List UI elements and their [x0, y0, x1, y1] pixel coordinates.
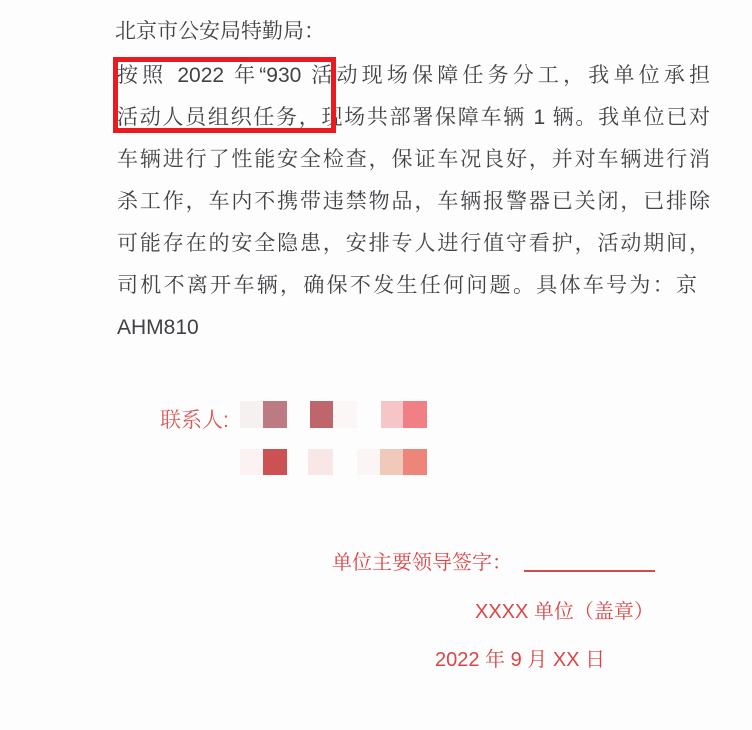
redaction-block	[333, 401, 357, 428]
redaction-block	[263, 401, 287, 428]
leader-signature-label: 单位主要领导签字：	[332, 546, 512, 575]
redaction-block	[380, 449, 403, 475]
unit-stamp-line: XXXX 单位（盖章）	[475, 595, 654, 624]
body-line-6: 司机不离开车辆，确保不发生任何问题。具体车号为：京	[117, 273, 697, 299]
document-page: 北京市公安局特勤局： 按照 2022 年“930 活动现场保障任务分工，我单位承…	[0, 0, 752, 730]
body-line-7: AHM810	[117, 315, 199, 341]
body-line-2: 活动人员组织任务，现场共部署保障车辆 1 辆。我单位已对	[117, 105, 710, 131]
redaction-block	[308, 449, 333, 475]
redaction-block	[240, 401, 263, 428]
redaction-block	[403, 401, 427, 428]
body-line-3: 车辆进行了性能安全检查，保证车况良好，并对车辆进行消	[117, 147, 710, 173]
recipient-line: 北京市公安局特勤局：	[115, 19, 325, 45]
date-line: 2022 年 9 月 XX 日	[435, 643, 605, 672]
body-line-4: 杀工作，车内不携带违禁物品，车辆报警器已关闭，已排除	[117, 189, 710, 215]
signature-underline	[524, 552, 655, 572]
redaction-block	[403, 449, 427, 475]
redaction-block	[357, 449, 380, 475]
redaction-block	[240, 449, 263, 475]
redaction-block	[310, 401, 333, 428]
redaction-block	[381, 401, 403, 428]
redaction-block	[263, 449, 287, 475]
body-line-1: 按照 2022 年“930 活动现场保障任务分工，我单位承担	[117, 63, 710, 89]
redaction-row-2	[0, 449, 752, 475]
redaction-row-1	[0, 401, 752, 428]
body-line-5: 可能存在的安全隐患，安排专人进行值守看护，活动期间，	[117, 231, 710, 257]
